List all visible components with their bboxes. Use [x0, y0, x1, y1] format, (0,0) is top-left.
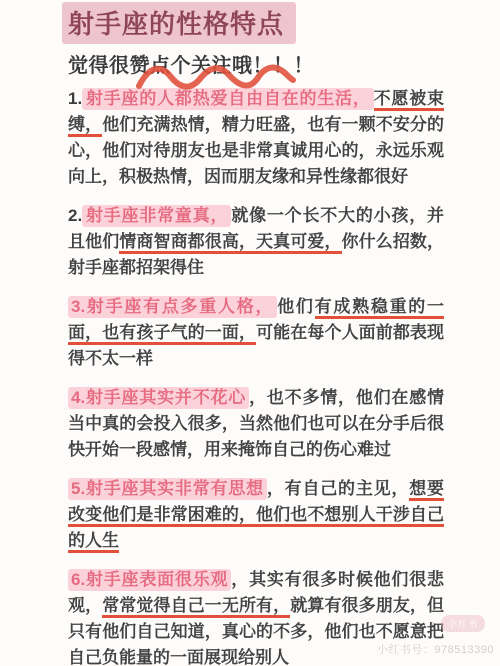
body-text: 他们充满热情，精力旺盛，也有一颗不安分的心，他们对待朋友也是非常真诚用心的，永远…	[68, 115, 444, 186]
section-paragraph-4: 4.射手座其实并不花心，也不多情，他们在感情当中真的会投入很多，当然他们也可以在…	[68, 385, 444, 463]
section-paragraph-1: 1.射手座的人都热爱自由自在的生活，不愿被束缚，他们充满热情，精力旺盛，也有一颗…	[68, 86, 444, 190]
red-underlined-text: 常常觉得自己一无所有，	[102, 596, 290, 618]
sections: 1.射手座的人都热爱自由自在的生活，不愿被束缚，他们充满热情，精力旺盛，也有一颗…	[62, 86, 444, 666]
section-header-highlight: 射手座的人都热爱自由自在的生活，	[82, 88, 373, 110]
page-title: 射手座的性格特点	[62, 2, 296, 44]
red-underlined-text: 情商智商都很高，天真可爱，	[119, 232, 341, 254]
section-number: 2.	[68, 206, 82, 225]
body-text: 他们	[277, 297, 314, 316]
section-paragraph-3: 3.射手座有点多重人格，他们有成熟稳重的一面，也有孩子气的一面，可能在每个人面前…	[68, 294, 444, 372]
body-text: ，有自己的主见，	[267, 479, 409, 498]
section-header-highlight: 3.射手座有点多重人格，	[68, 296, 277, 318]
post-image: 射手座的性格特点 觉得很赞点个关注哦！！！ 1.射手座的人都热爱自由自在的生活，…	[0, 0, 500, 666]
xiaohongshu-logo-badge: 小红书	[441, 615, 485, 632]
section-paragraph-2: 2.射手座非常童真，就像一个长不大的小孩，并且他们情商智商都很高，天真可爱，你什…	[68, 203, 444, 281]
section-header-highlight: 5.射手座其实非常有思想	[68, 478, 267, 500]
section-header-highlight: 4.射手座其实并不花心	[68, 387, 249, 409]
content-column: 射手座的性格特点 觉得很赞点个关注哦！！！ 1.射手座的人都热爱自由自在的生活，…	[62, 2, 444, 666]
section-paragraph-5: 5.射手座其实非常有思想，有自己的主见，想要改变他们是非常困难的，他们也不想别人…	[68, 476, 444, 554]
section-header-highlight: 射手座非常童真，	[82, 205, 231, 227]
watermark-account-id: 小红书号：978513390	[377, 641, 494, 657]
section-number: 1.	[68, 89, 82, 108]
section-header-highlight: 6.射手座表面很乐观	[68, 569, 231, 591]
subtitle-call-to-action: 觉得很赞点个关注哦！！！	[68, 49, 444, 78]
